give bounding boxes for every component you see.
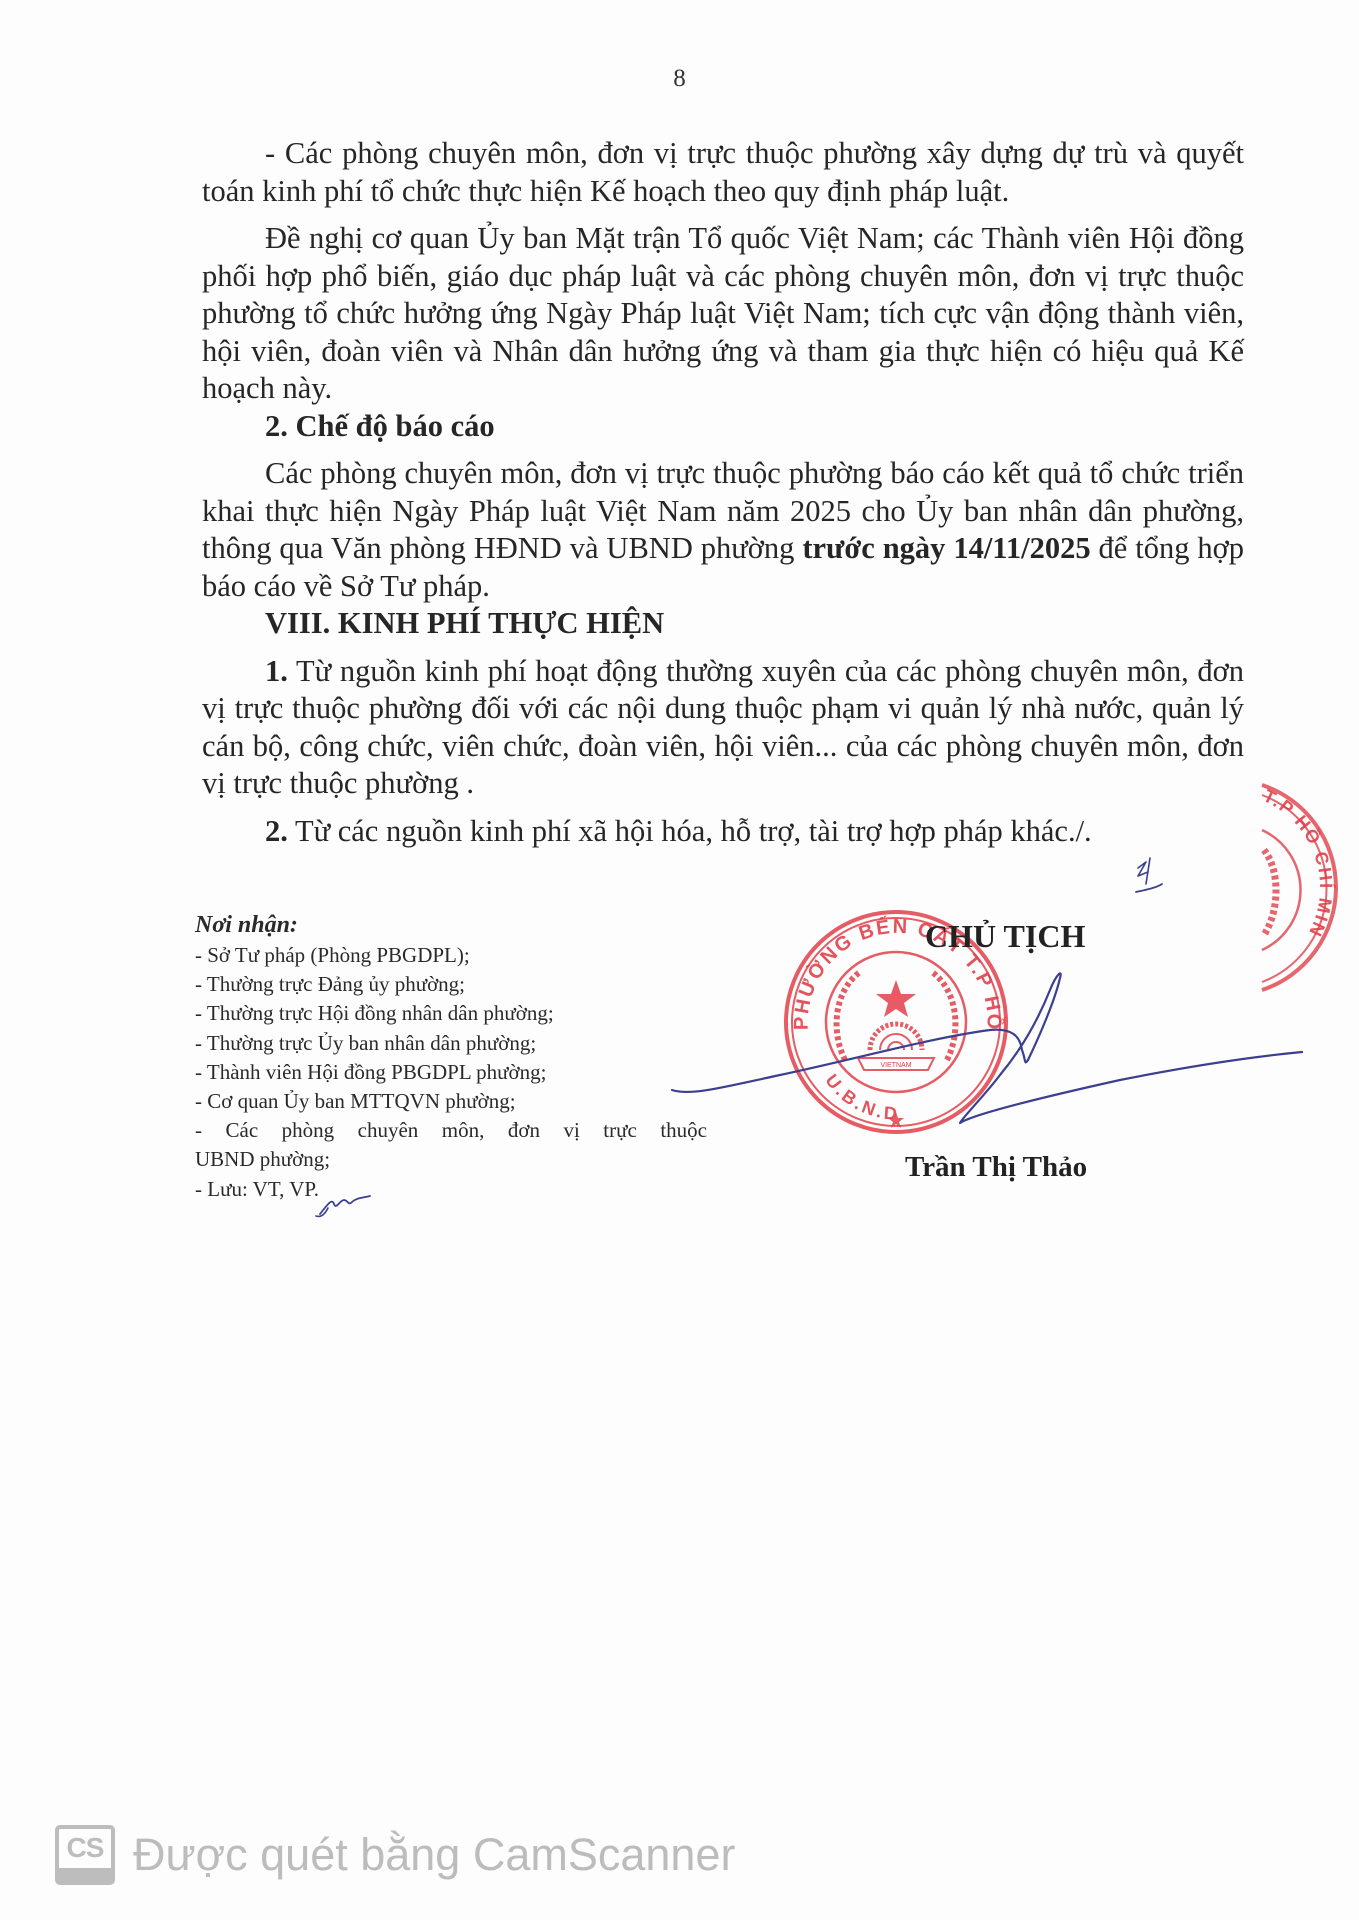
paragraph-funding-1: 1. Từ nguồn kinh phí hoạt động thường xu…	[202, 653, 1244, 803]
recipient-item: - Thường trực Ủy ban nhân dân phường;	[195, 1029, 707, 1058]
paragraph-reporting: Các phòng chuyên môn, đơn vị trực thuộc …	[202, 455, 1244, 605]
camscanner-text: Được quét bằng CamScanner	[133, 1827, 735, 1883]
stamp-star-icon	[876, 980, 916, 1017]
funding-2-number: 2.	[265, 814, 288, 848]
camscanner-logo-text: CS	[67, 1829, 104, 1867]
funding-1-text: Từ nguồn kinh phí hoạt động thường xuyên…	[202, 654, 1244, 801]
recipient-item: - Lưu: VT, VP.	[195, 1175, 707, 1204]
camscanner-logo-icon: CS	[55, 1825, 115, 1885]
stamp-emblem-label: VIETNAM	[880, 1062, 911, 1069]
reporting-deadline: trước ngày 14/11/2025	[802, 531, 1090, 565]
paragraph-funding-2: 2. Từ các nguồn kinh phí xã hội hóa, hỗ …	[202, 813, 1244, 851]
paragraph-request-participation: Đề nghị cơ quan Ủy ban Mặt trận Tổ quốc …	[202, 220, 1244, 408]
stamp-bottom-text: U.B.N.D	[822, 1070, 901, 1123]
stamp-small-star-icon	[888, 1112, 904, 1128]
svg-text:T.P HỒ CHÍ MIN: T.P HỒ CHÍ MIN	[1260, 785, 1337, 940]
page-number: 8	[0, 64, 1359, 94]
funding-1-number: 1.	[265, 654, 288, 688]
signer-title: CHỦ TỊCH	[925, 916, 1085, 956]
recipient-item: UBND phường;	[195, 1145, 707, 1174]
recipient-item: - Các phòng chuyên môn, đơn vị trực thuộ…	[195, 1116, 707, 1145]
svg-text:U.B.N.D: U.B.N.D	[822, 1070, 901, 1123]
recipient-item: - Sở Tư pháp (Phòng PBGDPL);	[195, 941, 707, 970]
camscanner-logo-bar	[59, 1868, 111, 1881]
paragraph-budget-estimate: - Các phòng chuyên môn, đơn vị trực thuộ…	[202, 135, 1244, 210]
signer-name: Trần Thị Thảo	[905, 1148, 1087, 1186]
funding-2-text: Từ các nguồn kinh phí xã hội hóa, hỗ trợ…	[288, 814, 1092, 848]
recipients-block: Nơi nhận: - Sở Tư pháp (Phòng PBGDPL); -…	[195, 909, 707, 1204]
camscanner-watermark: CS Được quét bằng CamScanner	[55, 1823, 735, 1887]
document-body: - Các phòng chuyên môn, đơn vị trực thuộ…	[202, 135, 1244, 850]
heading-funding: VIII. KINH PHÍ THỰC HIỆN	[202, 605, 1244, 643]
recipient-item: - Cơ quan Ủy ban MTTQVN phường;	[195, 1087, 707, 1116]
recipients-title: Nơi nhận:	[195, 909, 707, 941]
recipient-item: - Thành viên Hội đồng PBGDPL phường;	[195, 1058, 707, 1087]
partial-stamp-text: T.P HỒ CHÍ MIN	[1260, 785, 1337, 940]
recipient-item: - Thường trực Đảng ủy phường;	[195, 970, 707, 999]
heading-reporting-regime: 2. Chế độ báo cáo	[202, 408, 1244, 446]
recipient-item: - Thường trực Hội đồng nhân dân phường;	[195, 999, 707, 1028]
